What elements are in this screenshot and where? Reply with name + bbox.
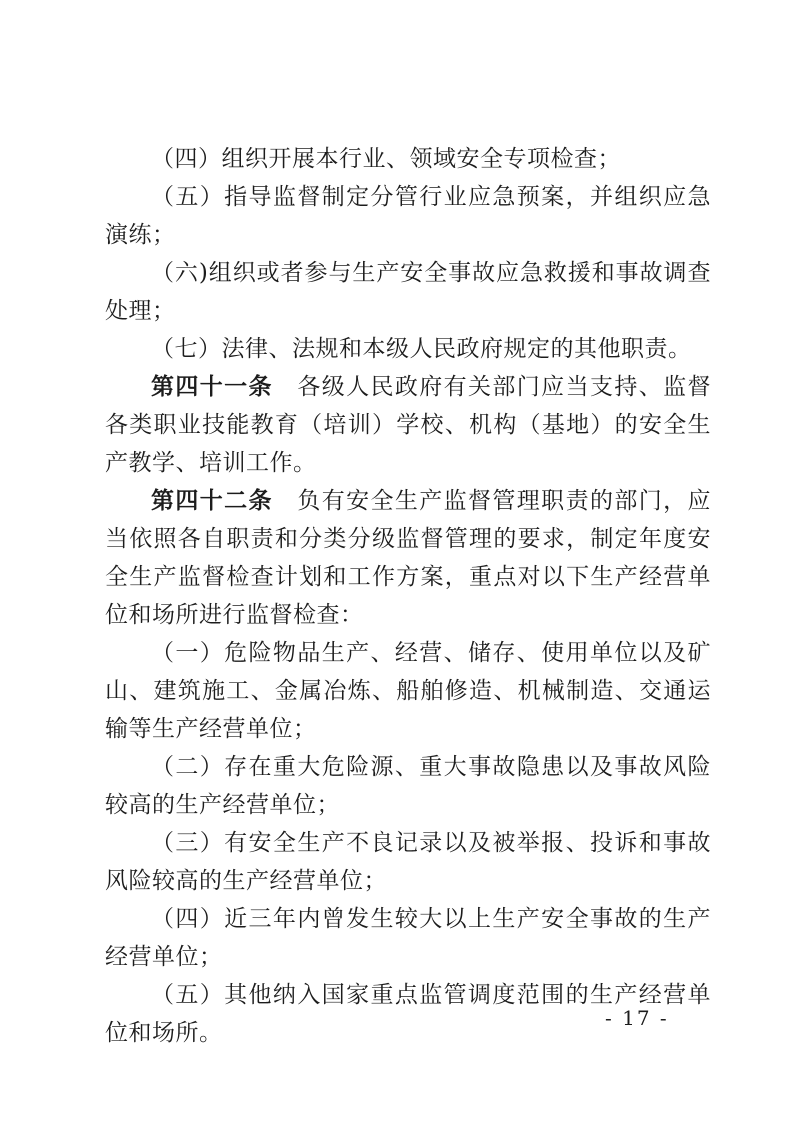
clause-item-7: （七）法律、法规和本级人民政府规定的其他职责。 bbox=[105, 330, 711, 368]
sub-item-3: （三）有安全生产不良记录以及被举报、投诉和事故风险较高的生产经营单位； bbox=[105, 824, 711, 900]
clause-item-6: （六)组织或者参与生产安全事故应急救援和事故调查处理； bbox=[105, 254, 711, 330]
document-body: （四）组织开展本行业、领域安全专项检查； （五）指导监督制定分管行业应急预案，并… bbox=[105, 140, 711, 1052]
article-41: 第四十一条 各级人民政府有关部门应当支持、监督各类职业技能教育（培训）学校、机构… bbox=[105, 368, 711, 482]
clause-item-4: （四）组织开展本行业、领域安全专项检查； bbox=[105, 140, 711, 178]
article-42: 第四十二条 负有安全生产监督管理职责的部门，应当依照各自职责和分类分级监督管理的… bbox=[105, 482, 711, 634]
clause-item-5: （五）指导监督制定分管行业应急预案，并组织应急演练； bbox=[105, 178, 711, 254]
article-41-number: 第四十一条 bbox=[151, 374, 273, 400]
page-number: - 17 - bbox=[605, 1006, 669, 1030]
document-page: （四）组织开展本行业、领域安全专项检查； （五）指导监督制定分管行业应急预案，并… bbox=[0, 0, 793, 1122]
sub-item-2: （二）存在重大危险源、重大事故隐患以及事故风险较高的生产经营单位； bbox=[105, 748, 711, 824]
sub-item-4: （四）近三年内曾发生较大以上生产安全事故的生产经营单位； bbox=[105, 900, 711, 976]
sub-item-1: （一）危险物品生产、经营、储存、使用单位以及矿山、建筑施工、金属冶炼、船舶修造、… bbox=[105, 634, 711, 748]
article-42-number: 第四十二条 bbox=[151, 488, 273, 514]
